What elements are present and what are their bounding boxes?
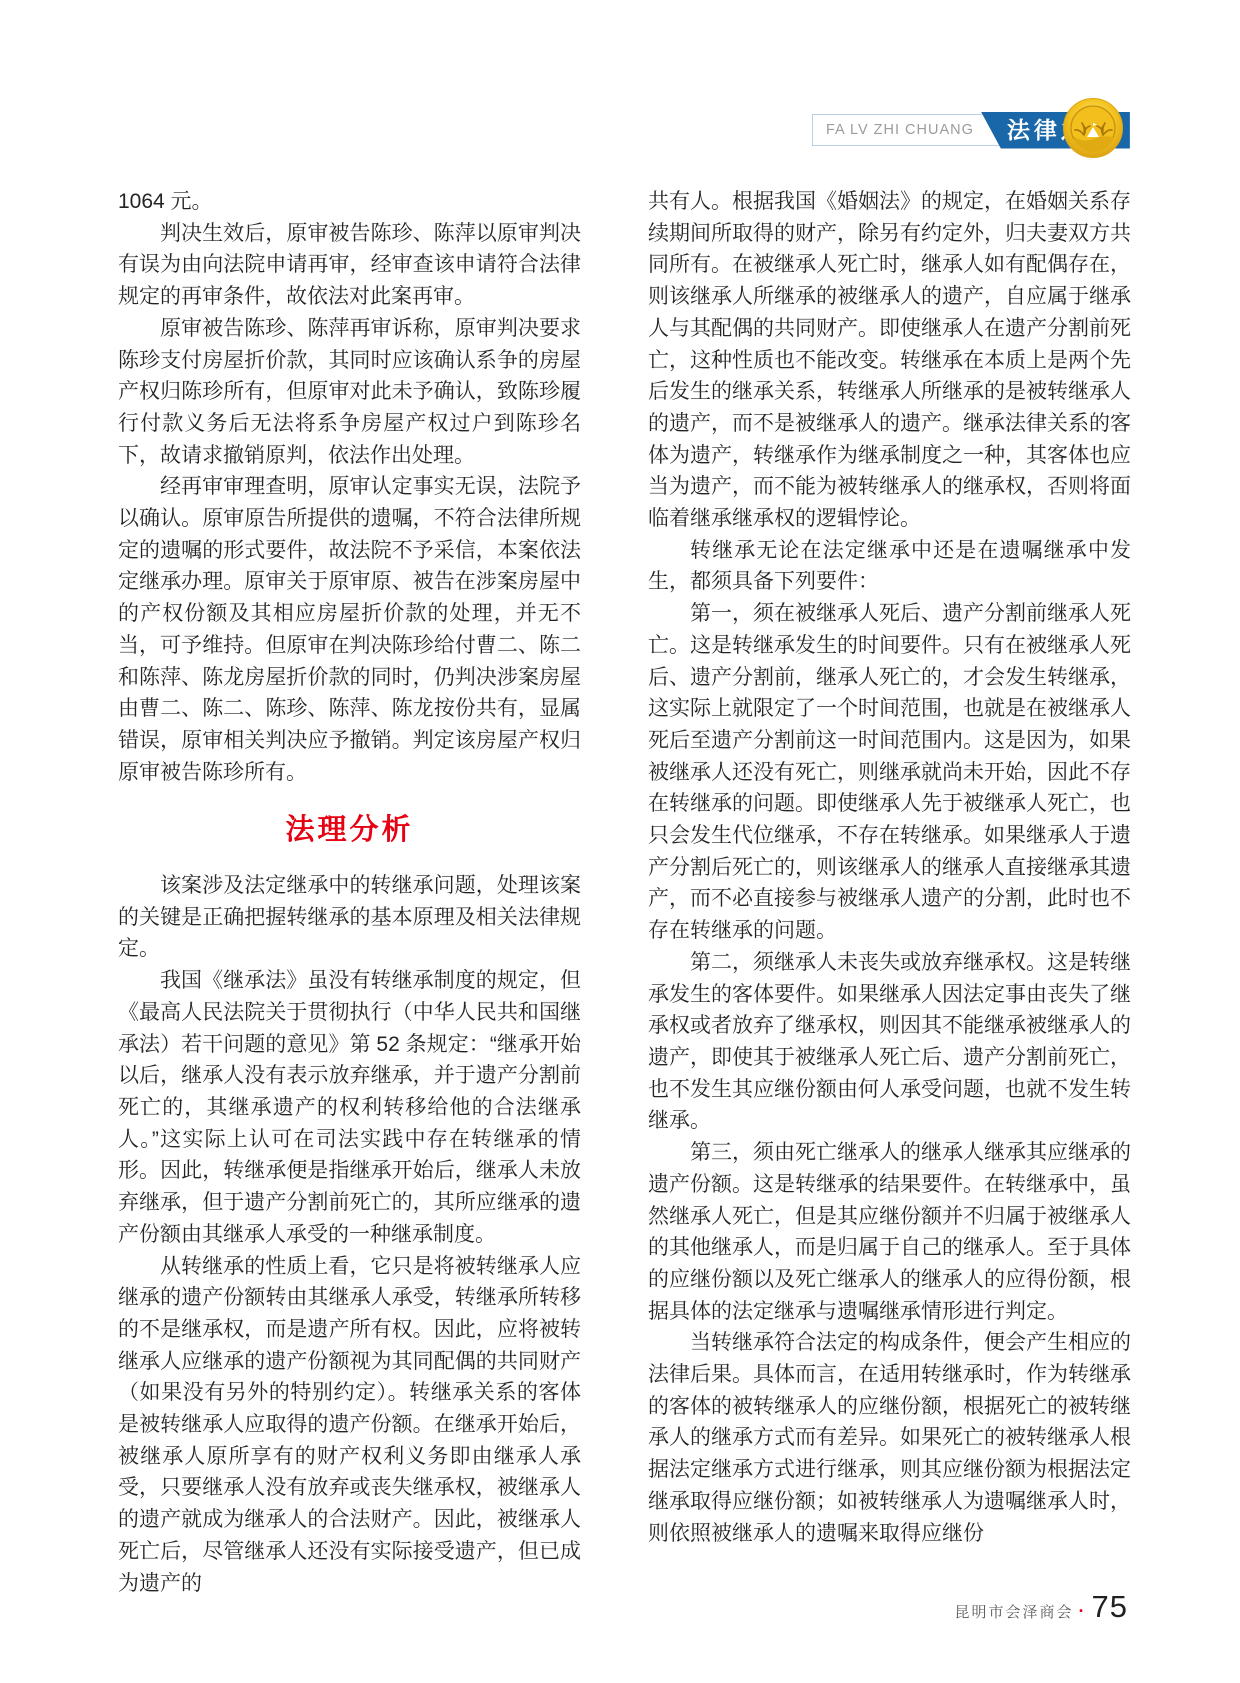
page-number: 75 [1092, 1589, 1128, 1625]
paragraph: 该案涉及法定继承中的转继承问题，处理该案的关键是正确把握转继承的基本原理及相关法… [118, 870, 581, 965]
paragraph: 从转继承的性质上看，它只是将被转继承人应继承的遗产份额转由其继承人承受，转继承所… [118, 1251, 581, 1600]
publication-name: 昆明市会泽商会 [955, 1601, 1074, 1622]
right-column: 共有人。根据我国《婚姻法》的规定，在婚姻关系存续期间所取得的财产，除另有约定外，… [648, 186, 1131, 1549]
footer-separator-dot: · [1079, 1601, 1085, 1622]
magazine-page: FA LV ZHI CHUANG 法律之窗 1064 元。 判决生效后，原 [0, 0, 1240, 1683]
paragraph: 转继承无论在法定继承中还是在遗嘱继承中发生，都须具备下列要件： [648, 535, 1131, 598]
paragraph: 第三，须由死亡继承人的继承人继承其应继承的遗产份额。这是转继承的结果要件。在转继… [648, 1137, 1131, 1327]
section-heading: 法理分析 [118, 815, 581, 847]
paragraph: 原审被告陈珍、陈萍再审诉称，原审判决要求陈珍支付房屋折价款，其同时应该确认系争的… [118, 313, 581, 472]
page-footer: 昆明市会泽商会 · 75 [955, 1589, 1129, 1625]
paragraph: 第二，须继承人未丧失或放弃继承权。这是转继承发生的客体要件。如果继承人因法定事由… [648, 947, 1131, 1137]
paragraph: 共有人。根据我国《婚姻法》的规定，在婚姻关系存续期间所取得的财产，除另有约定外，… [648, 186, 1131, 535]
banner-latin-label: FA LV ZHI CHUANG [812, 114, 1003, 146]
paragraph: 判决生效后，原审被告陈珍、陈萍以原审判决有误为由向法院申请再审，经审查该申请符合… [118, 218, 581, 313]
paragraph: 经再审审理查明，原审认定事实无误，法院予以确认。原审原告所提供的遗嘱，不符合法律… [118, 471, 581, 788]
gold-seal-icon [1062, 97, 1124, 159]
paragraph: 1064 元。 [118, 186, 581, 218]
paragraph: 当转继承符合法定的构成条件，便会产生相应的法律后果。具体而言，在适用转继承时，作… [648, 1327, 1131, 1549]
left-column: 1064 元。 判决生效后，原审被告陈珍、陈萍以原审判决有误为由向法院申请再审，… [118, 186, 581, 1599]
paragraph: 我国《继承法》虽没有转继承制度的规定，但《最高人民法院关于贯彻执行（中华人民共和… [118, 965, 581, 1250]
paragraph: 第一，须在被继承人死后、遗产分割前继承人死亡。这是转继承发生的时间要件。只有在被… [648, 598, 1131, 947]
